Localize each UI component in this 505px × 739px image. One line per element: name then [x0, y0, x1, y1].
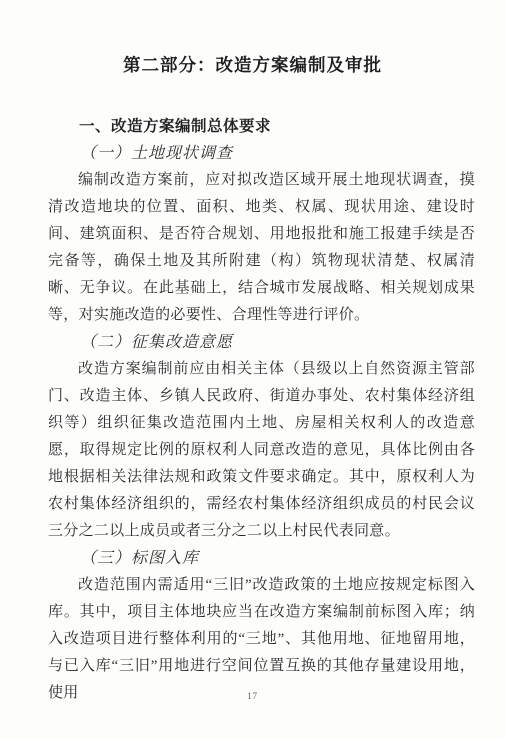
subsection-paragraph-3: 改造范围内需适用“三旧”改造政策的土地应按规定标图入库。其中，项目主体地块应当在… [48, 572, 475, 707]
section-heading: 一、改造方案编制总体要求 [48, 113, 475, 140]
subsection-paragraph-1: 编制改造方案前，应对拟改造区域开展土地现状调查，摸清改造地块的位置、面积、地类、… [48, 167, 475, 329]
document-body: 一、改造方案编制总体要求 （一）土地现状调查 编制改造方案前，应对拟改造区域开展… [0, 113, 505, 707]
document-page: 第二部分：改造方案编制及审批 一、改造方案编制总体要求 （一）土地现状调查 编制… [0, 0, 505, 739]
page-number: 17 [0, 691, 505, 701]
subsection-title-2: （二）征集改造意愿 [48, 329, 475, 356]
page-title: 第二部分：改造方案编制及审批 [0, 0, 505, 79]
subsection-title-3: （三）标图入库 [48, 545, 475, 572]
subsection-title-1: （一）土地现状调查 [48, 140, 475, 167]
subsection-paragraph-2: 改造方案编制前应由相关主体（县级以上自然资源主管部门、改造主体、乡镇人民政府、街… [48, 356, 475, 545]
